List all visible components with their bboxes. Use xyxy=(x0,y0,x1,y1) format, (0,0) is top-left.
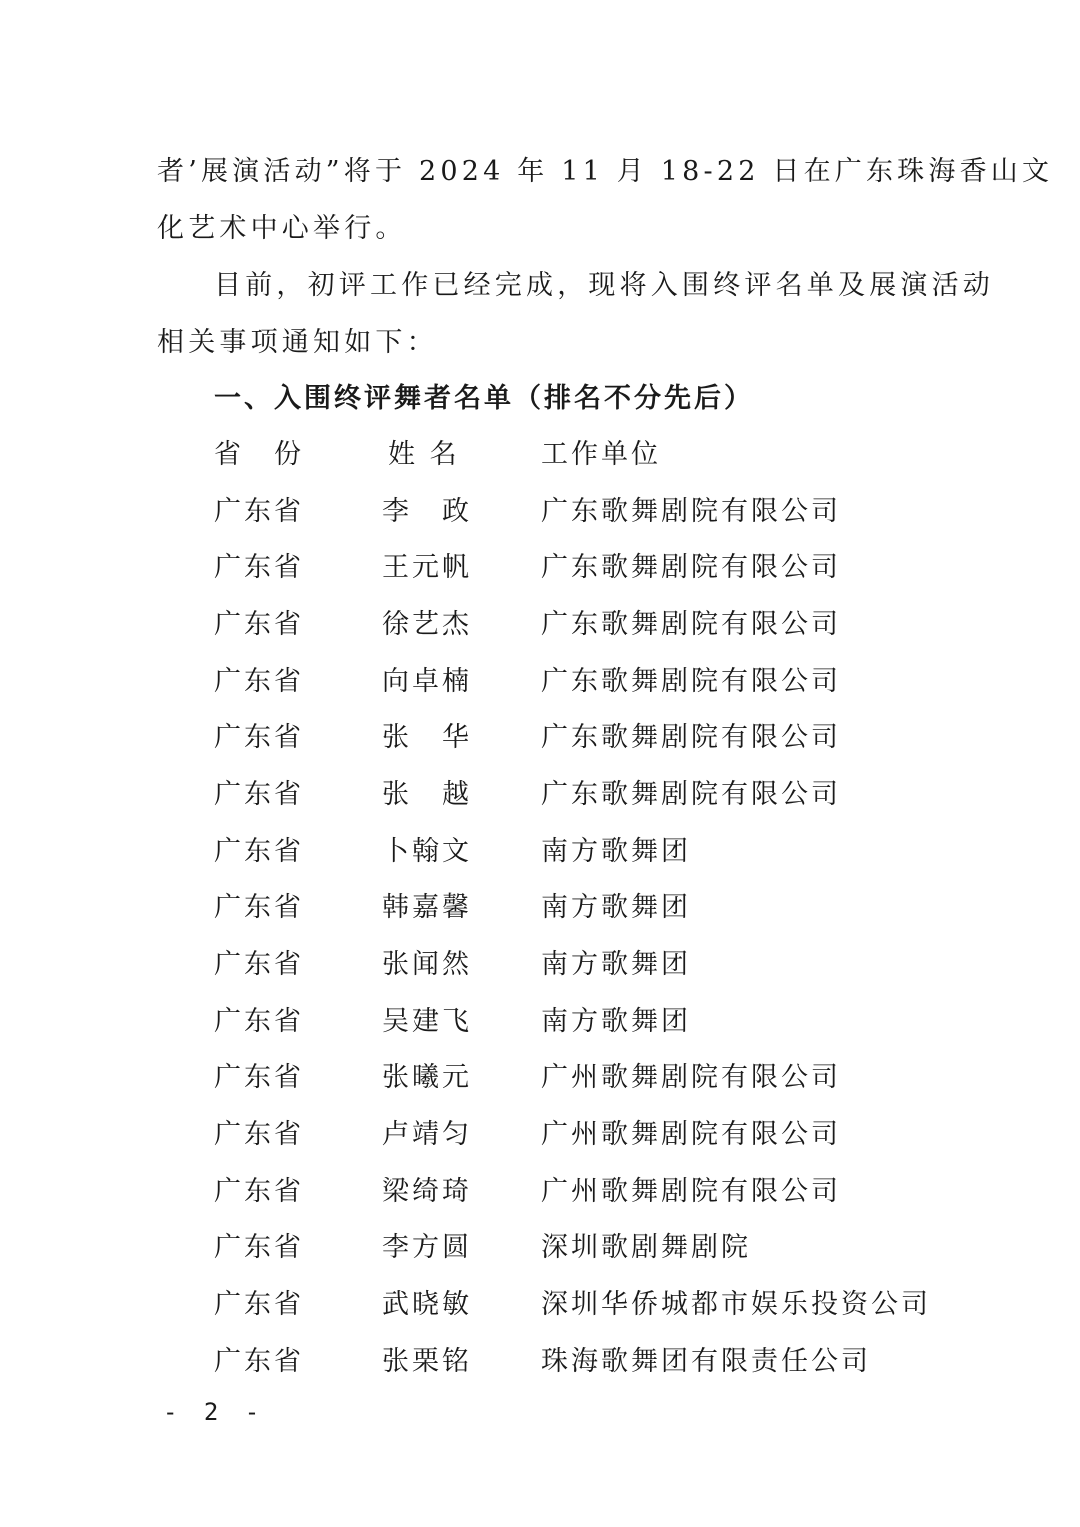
cell-name: 张闻然 xyxy=(382,951,472,978)
cell-province: 广东省 xyxy=(214,668,304,695)
cell-name: 张 越 xyxy=(382,781,472,808)
paragraph-2-line-1: 目前，初评工作已经完成，现将入围终评名单及展演活动 xyxy=(214,272,994,299)
cell-province: 广东省 xyxy=(214,724,304,751)
cell-name: 梁绮琦 xyxy=(382,1178,472,1205)
cell-name: 徐艺杰 xyxy=(382,611,472,638)
cell-province: 广东省 xyxy=(214,498,304,525)
cell-province: 广东省 xyxy=(214,1234,304,1261)
cell-province: 广东省 xyxy=(214,1178,304,1205)
cell-unit: 广州歌舞剧院有限公司 xyxy=(541,1121,841,1148)
cell-unit: 广东歌舞剧院有限公司 xyxy=(541,781,841,808)
cell-name: 张曦元 xyxy=(382,1064,472,1091)
cell-name: 李方圆 xyxy=(382,1234,472,1261)
cell-province: 广东省 xyxy=(214,1008,304,1035)
cell-name: 王元帆 xyxy=(382,554,472,581)
cell-name: 卢靖匀 xyxy=(382,1121,472,1148)
cell-province: 广东省 xyxy=(214,1064,304,1091)
cell-province: 广东省 xyxy=(214,781,304,808)
cell-name: 卜翰文 xyxy=(382,838,472,865)
cell-unit: 广东歌舞剧院有限公司 xyxy=(541,611,841,638)
cell-name: 武晓敏 xyxy=(382,1291,472,1318)
cell-unit: 珠海歌舞团有限责任公司 xyxy=(541,1348,871,1375)
cell-unit: 广东歌舞剧院有限公司 xyxy=(541,668,841,695)
cell-name: 向卓楠 xyxy=(382,668,472,695)
cell-province: 广东省 xyxy=(214,951,304,978)
paragraph-1-line-1: 者’展演活动”将于 2024 年 11 月 18-22 日在广东珠海香山文 xyxy=(157,158,1053,185)
cell-unit: 南方歌舞团 xyxy=(541,951,691,978)
cell-unit: 深圳歌剧舞剧院 xyxy=(541,1234,751,1261)
cell-name: 李 政 xyxy=(382,498,472,525)
cell-province: 广东省 xyxy=(214,1348,304,1375)
cell-name: 张 华 xyxy=(382,724,472,751)
cell-unit: 广州歌舞剧院有限公司 xyxy=(541,1064,841,1091)
cell-unit: 广东歌舞剧院有限公司 xyxy=(541,554,841,581)
cell-unit: 南方歌舞团 xyxy=(541,838,691,865)
paragraph-1-line-2: 化艺术中心举行。 xyxy=(157,215,407,242)
cell-unit: 广东歌舞剧院有限公司 xyxy=(541,724,841,751)
paragraph-2-line-2: 相关事项通知如下： xyxy=(157,329,438,356)
cell-unit: 南方歌舞团 xyxy=(541,1008,691,1035)
cell-province: 广东省 xyxy=(214,554,304,581)
cell-province: 广东省 xyxy=(214,894,304,921)
cell-name: 张栗铭 xyxy=(382,1348,472,1375)
document-page: 者’展演活动”将于 2024 年 11 月 18-22 日在广东珠海香山文 化艺… xyxy=(0,0,1080,1527)
cell-name: 吴建飞 xyxy=(382,1008,472,1035)
cell-province: 广东省 xyxy=(214,1121,304,1148)
page-number: - 2 - xyxy=(163,1398,265,1426)
cell-unit: 深圳华侨城都市娱乐投资公司 xyxy=(541,1291,931,1318)
cell-name: 韩嘉馨 xyxy=(382,894,472,921)
cell-province: 广东省 xyxy=(214,1291,304,1318)
cell-province: 广东省 xyxy=(214,838,304,865)
cell-unit: 广州歌舞剧院有限公司 xyxy=(541,1178,841,1205)
section-heading: 一、入围终评舞者名单（排名不分先后） xyxy=(214,385,754,412)
cell-unit: 南方歌舞团 xyxy=(541,894,691,921)
header-unit: 工作单位 xyxy=(541,441,661,468)
cell-unit: 广东歌舞剧院有限公司 xyxy=(541,498,841,525)
header-province: 省 份 xyxy=(214,441,304,468)
header-name: 姓 名 xyxy=(388,441,460,468)
cell-province: 广东省 xyxy=(214,611,304,638)
